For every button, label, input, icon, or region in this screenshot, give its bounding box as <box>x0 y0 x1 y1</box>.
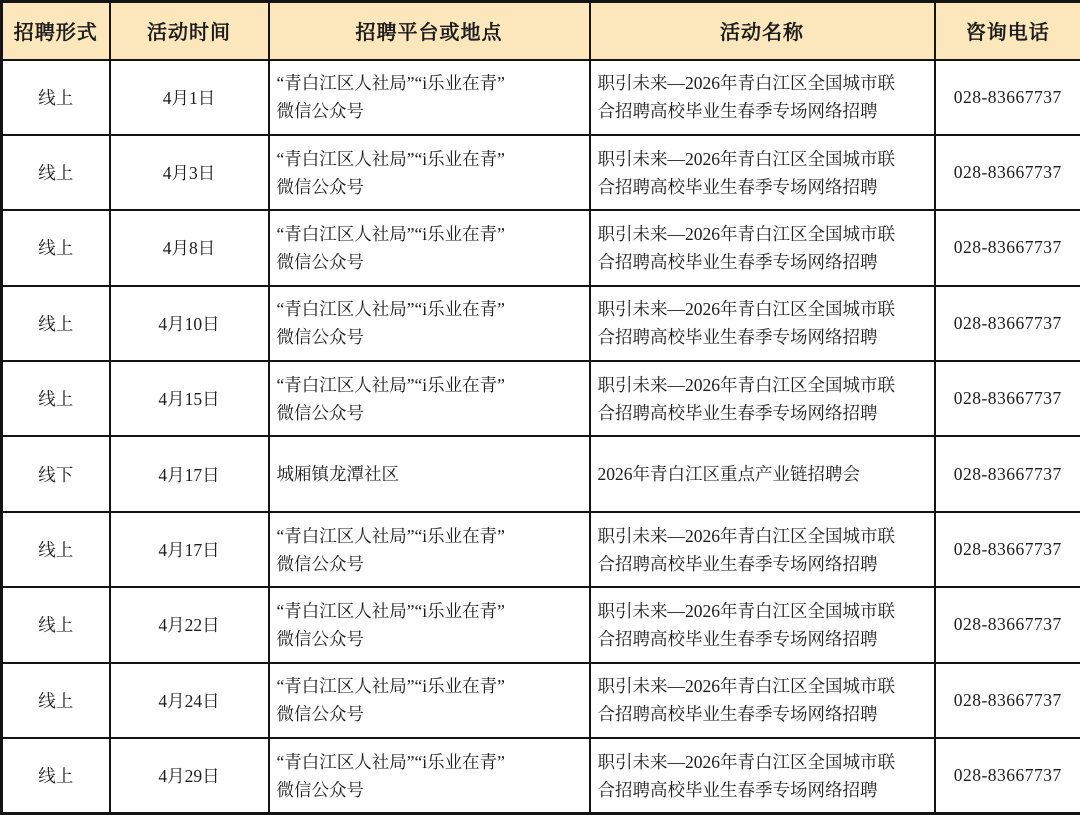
table-row: 线上 4月22日 “青白江区人社局”“i乐业在青” 微信公众号 职引未来—202… <box>2 587 1080 662</box>
cell-platform: “青白江区人社局”“i乐业在青” 微信公众号 <box>269 60 590 135</box>
cell-form: 线上 <box>2 738 110 813</box>
cell-date: 4月10日 <box>110 286 269 361</box>
cell-phone: 028-83667737 <box>935 135 1080 210</box>
cell-date: 4月8日 <box>110 210 269 285</box>
cell-platform: 城厢镇龙潭社区 <box>269 436 590 511</box>
cell-form: 线上 <box>2 663 110 738</box>
table-row: 线上 4月3日 “青白江区人社局”“i乐业在青” 微信公众号 职引未来—2026… <box>2 135 1080 210</box>
table-row: 线上 4月24日 “青白江区人社局”“i乐业在青” 微信公众号 职引未来—202… <box>2 663 1080 738</box>
table-row: 线上 4月17日 “青白江区人社局”“i乐业在青” 微信公众号 职引未来—202… <box>2 512 1080 587</box>
table-row: 线上 4月10日 “青白江区人社局”“i乐业在青” 微信公众号 职引未来—202… <box>2 286 1080 361</box>
cell-phone: 028-83667737 <box>935 60 1080 135</box>
col-header-platform: 招聘平台或地点 <box>269 2 590 60</box>
cell-platform: “青白江区人社局”“i乐业在青” 微信公众号 <box>269 210 590 285</box>
cell-platform: “青白江区人社局”“i乐业在青” 微信公众号 <box>269 512 590 587</box>
cell-platform: “青白江区人社局”“i乐业在青” 微信公众号 <box>269 663 590 738</box>
cell-activity: 职引未来—2026年青白江区全国城市联 合招聘高校毕业生春季专场网络招聘 <box>590 738 935 813</box>
recruitment-schedule-page: 招聘形式 活动时间 招聘平台或地点 活动名称 咨询电话 线上 4月1日 “青白江… <box>0 0 1080 815</box>
cell-activity: 职引未来—2026年青白江区全国城市联 合招聘高校毕业生春季专场网络招聘 <box>590 286 935 361</box>
col-header-form: 招聘形式 <box>2 2 110 60</box>
cell-phone: 028-83667737 <box>935 738 1080 813</box>
cell-date: 4月24日 <box>110 663 269 738</box>
cell-activity: 职引未来—2026年青白江区全国城市联 合招聘高校毕业生春季专场网络招聘 <box>590 210 935 285</box>
recruitment-schedule-table: 招聘形式 活动时间 招聘平台或地点 活动名称 咨询电话 线上 4月1日 “青白江… <box>0 0 1080 815</box>
header-row: 招聘形式 活动时间 招聘平台或地点 活动名称 咨询电话 <box>2 2 1080 60</box>
cell-form: 线上 <box>2 512 110 587</box>
table-row: 线上 4月1日 “青白江区人社局”“i乐业在青” 微信公众号 职引未来—2026… <box>2 60 1080 135</box>
cell-platform: “青白江区人社局”“i乐业在青” 微信公众号 <box>269 135 590 210</box>
cell-date: 4月15日 <box>110 361 269 436</box>
cell-platform: “青白江区人社局”“i乐业在青” 微信公众号 <box>269 738 590 813</box>
table-header: 招聘形式 活动时间 招聘平台或地点 活动名称 咨询电话 <box>2 2 1080 60</box>
cell-phone: 028-83667737 <box>935 361 1080 436</box>
cell-phone: 028-83667737 <box>935 512 1080 587</box>
cell-platform: “青白江区人社局”“i乐业在青” 微信公众号 <box>269 587 590 662</box>
cell-date: 4月29日 <box>110 738 269 813</box>
col-header-date: 活动时间 <box>110 2 269 60</box>
cell-platform: “青白江区人社局”“i乐业在青” 微信公众号 <box>269 361 590 436</box>
cell-phone: 028-83667737 <box>935 210 1080 285</box>
cell-date: 4月17日 <box>110 436 269 511</box>
cell-date: 4月17日 <box>110 512 269 587</box>
table-row: 线上 4月29日 “青白江区人社局”“i乐业在青” 微信公众号 职引未来—202… <box>2 738 1080 813</box>
cell-form: 线上 <box>2 210 110 285</box>
table-body: 线上 4月1日 “青白江区人社局”“i乐业在青” 微信公众号 职引未来—2026… <box>2 60 1080 814</box>
cell-phone: 028-83667737 <box>935 663 1080 738</box>
cell-activity: 职引未来—2026年青白江区全国城市联 合招聘高校毕业生春季专场网络招聘 <box>590 663 935 738</box>
cell-form: 线上 <box>2 286 110 361</box>
cell-activity: 职引未来—2026年青白江区全国城市联 合招聘高校毕业生春季专场网络招聘 <box>590 135 935 210</box>
cell-form: 线上 <box>2 361 110 436</box>
cell-activity: 2026年青白江区重点产业链招聘会 <box>590 436 935 511</box>
cell-date: 4月1日 <box>110 60 269 135</box>
cell-form: 线上 <box>2 135 110 210</box>
cell-date: 4月3日 <box>110 135 269 210</box>
cell-activity: 职引未来—2026年青白江区全国城市联 合招聘高校毕业生春季专场网络招聘 <box>590 60 935 135</box>
cell-activity: 职引未来—2026年青白江区全国城市联 合招聘高校毕业生春季专场网络招聘 <box>590 512 935 587</box>
cell-date: 4月22日 <box>110 587 269 662</box>
table-row: 线上 4月8日 “青白江区人社局”“i乐业在青” 微信公众号 职引未来—2026… <box>2 210 1080 285</box>
table-row: 线下 4月17日 城厢镇龙潭社区 2026年青白江区重点产业链招聘会 028-8… <box>2 436 1080 511</box>
cell-phone: 028-83667737 <box>935 587 1080 662</box>
cell-form: 线上 <box>2 587 110 662</box>
table-row: 线上 4月15日 “青白江区人社局”“i乐业在青” 微信公众号 职引未来—202… <box>2 361 1080 436</box>
cell-phone: 028-83667737 <box>935 286 1080 361</box>
cell-phone: 028-83667737 <box>935 436 1080 511</box>
col-header-activity: 活动名称 <box>590 2 935 60</box>
cell-form: 线下 <box>2 436 110 511</box>
cell-form: 线上 <box>2 60 110 135</box>
col-header-phone: 咨询电话 <box>935 2 1080 60</box>
cell-platform: “青白江区人社局”“i乐业在青” 微信公众号 <box>269 286 590 361</box>
cell-activity: 职引未来—2026年青白江区全国城市联 合招聘高校毕业生春季专场网络招聘 <box>590 361 935 436</box>
cell-activity: 职引未来—2026年青白江区全国城市联 合招聘高校毕业生春季专场网络招聘 <box>590 587 935 662</box>
